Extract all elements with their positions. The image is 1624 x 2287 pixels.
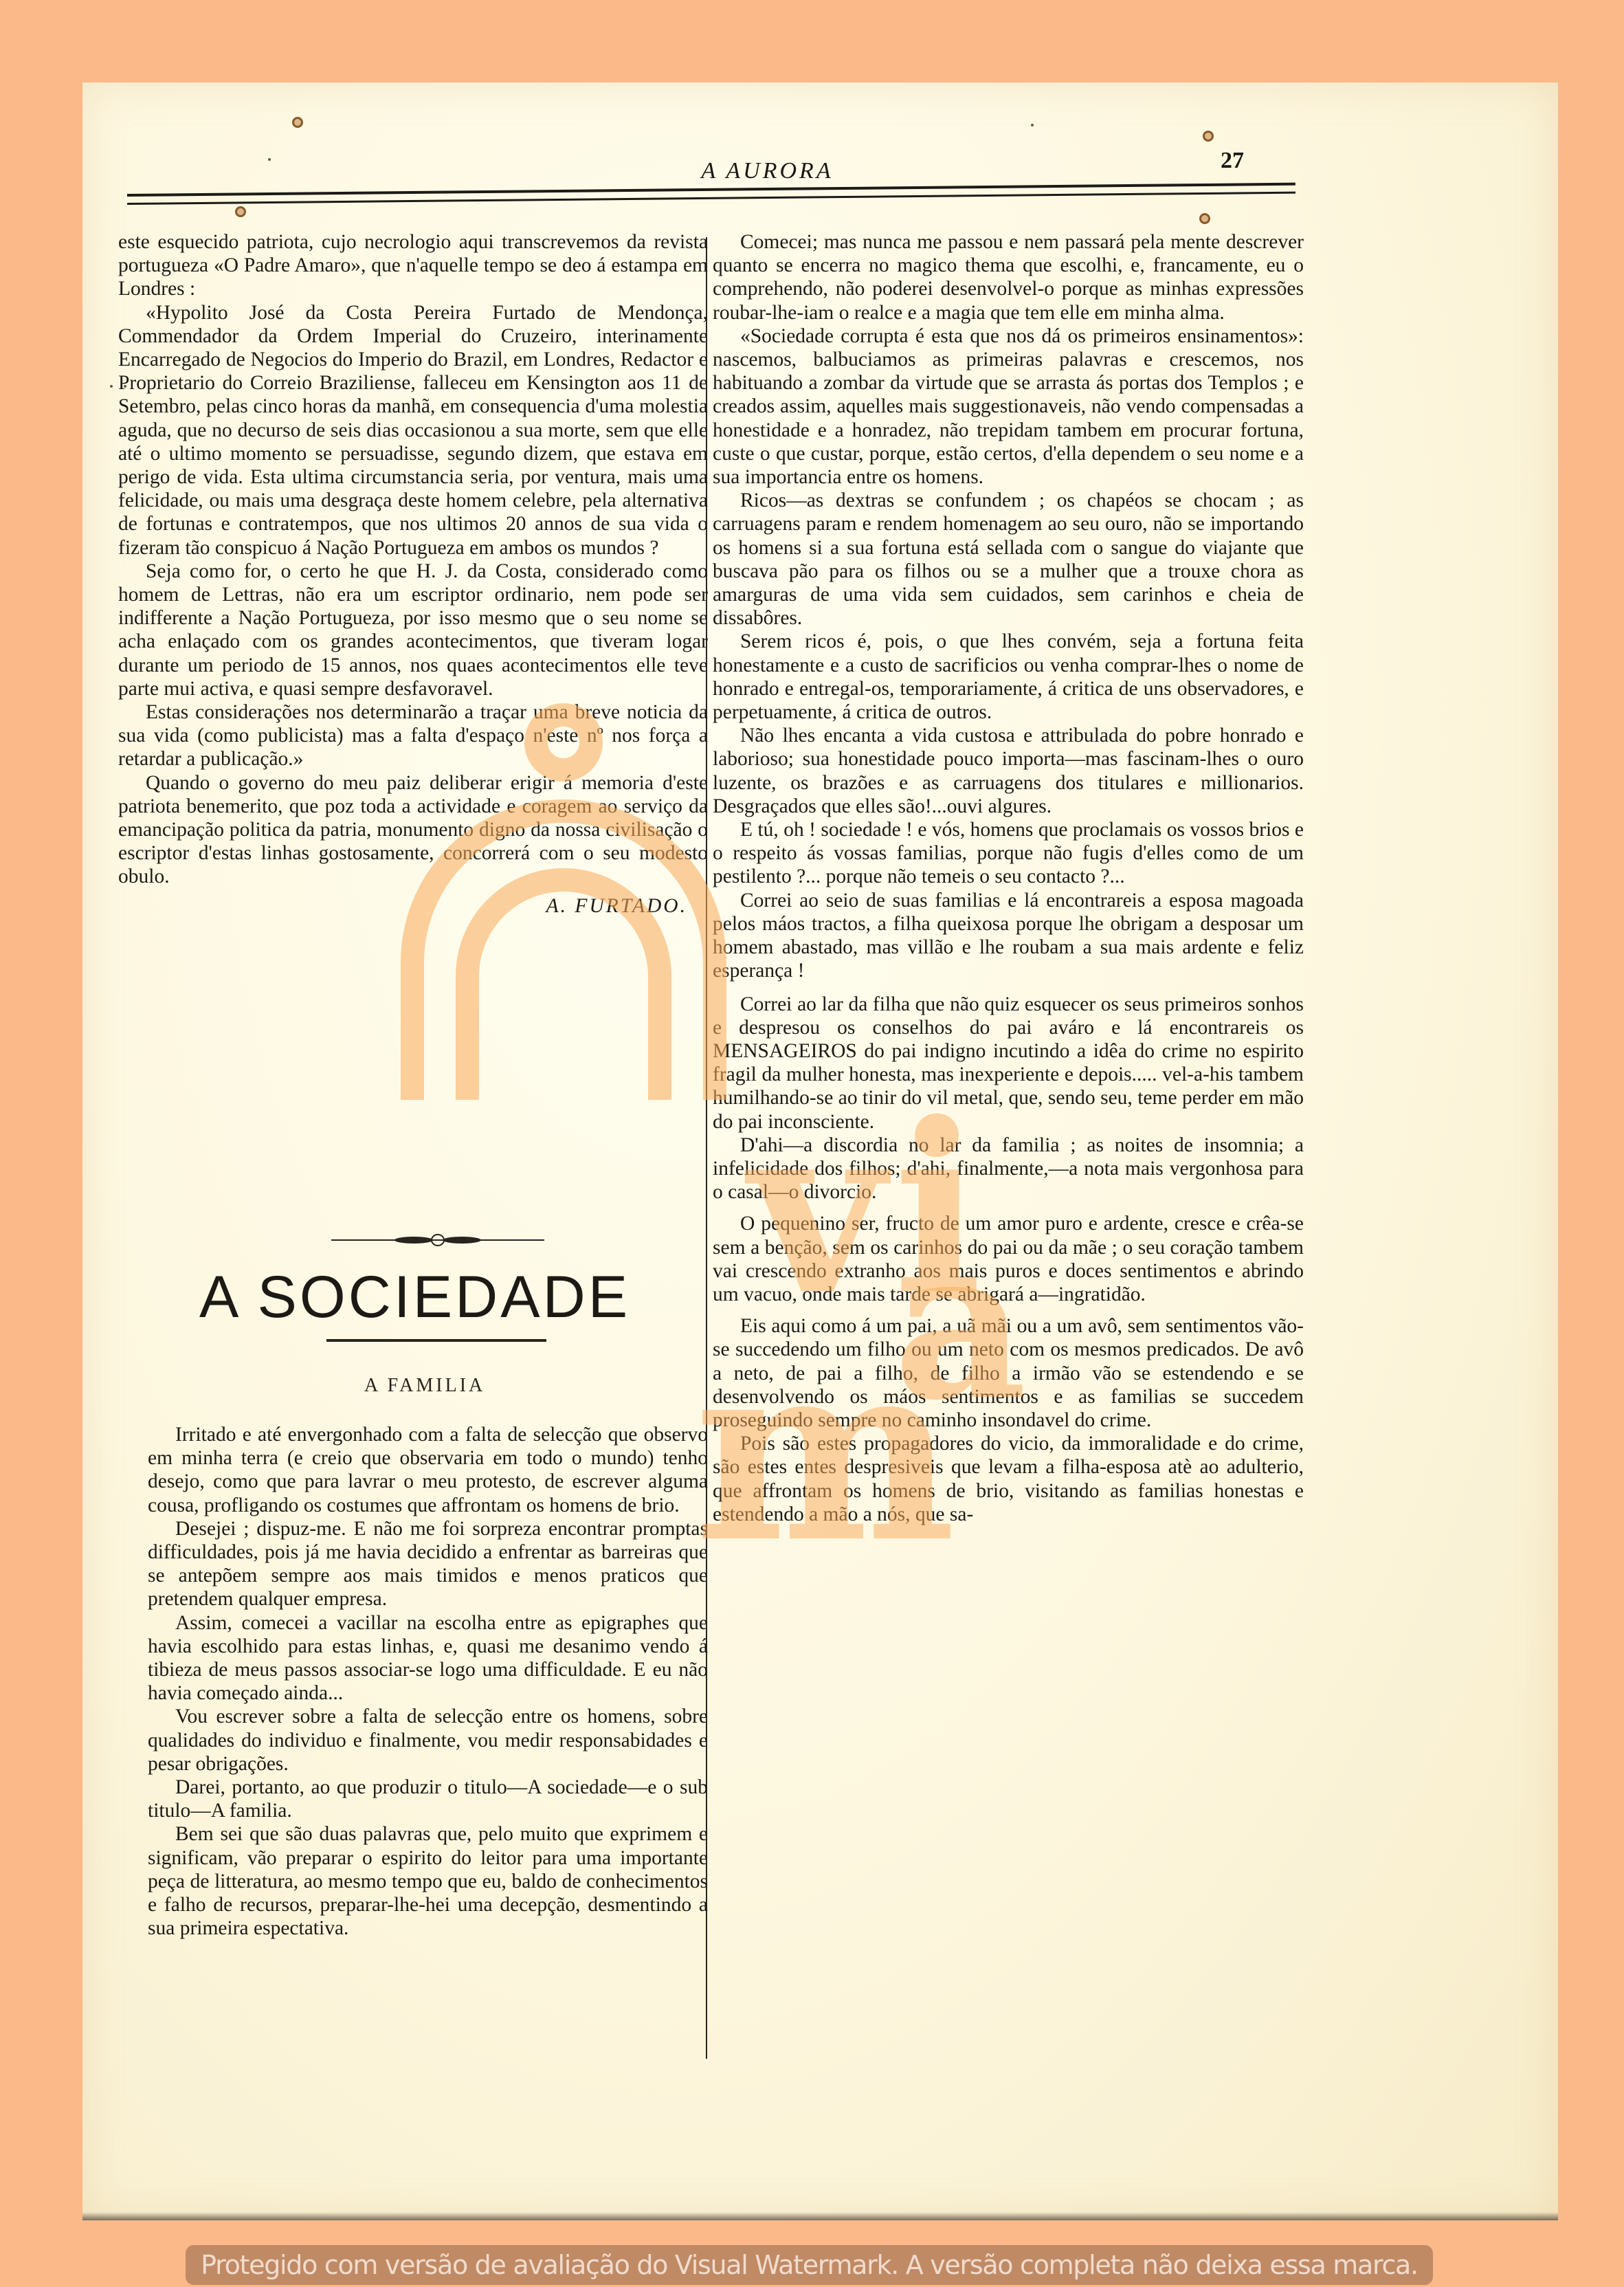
paragraph: Correi ao lar da filha que não quiz esqu… [713, 993, 1304, 1134]
paper-stain [292, 117, 303, 128]
paragraph: Seja como for, o certo he que H. J. da C… [118, 560, 708, 700]
paragraph: Irritado e até envergonhado com a falta … [148, 1423, 708, 1517]
article-title: A SOCIEDADE [199, 1263, 667, 1332]
paper-stain [235, 206, 246, 217]
title-underline [326, 1339, 546, 1342]
paragraph: Bem sei que são duas palavras que, pelo … [148, 1822, 708, 1940]
running-title-text: A AURORA [701, 158, 833, 184]
paragraph: E tú, oh ! sociedade ! e vós, homens que… [713, 818, 1304, 889]
paragraph: Assim, comecei a vacillar na escolha ent… [148, 1611, 708, 1705]
paragraph: Serem ricos é, pois, o que lhes convém, … [713, 630, 1304, 724]
running-title: A AURORA [0, 158, 1624, 184]
page-number: 27 [1221, 148, 1244, 174]
watermark-notice-bar: Protegido com versão de avaliação do Vis… [186, 2245, 1433, 2285]
paper-speck [110, 385, 113, 388]
paper-stain [1199, 213, 1210, 224]
ornament-divider-icon [331, 1233, 544, 1247]
paragraph: «Hypolito José da Costa Pereira Furtado … [118, 301, 708, 560]
paper-speck [1031, 124, 1034, 126]
article-left-column: Irritado e até envergonhado com a falta … [148, 1423, 708, 1940]
paragraph: Estas considerações nos determinarão a t… [118, 700, 708, 771]
paragraph: Ricos—as dextras se confundem ; os chapé… [713, 489, 1304, 630]
paragraph: Correi ao seio de suas familias e lá enc… [713, 889, 1304, 983]
article-subtitle: A FAMILIA [364, 1375, 485, 1397]
page-bottom-edge [82, 2212, 1558, 2220]
author-signature: A. FURTADO. [118, 894, 708, 918]
paragraph: D'ahi—a discordia no lar da familia ; as… [713, 1134, 1304, 1204]
paragraph: «Sociedade corrupta é esta que nos dá os… [713, 324, 1304, 489]
paragraph: Vou escrever sobre a falta de selecção e… [148, 1705, 708, 1776]
paper-stain [1203, 131, 1214, 142]
paragraph: Pois são estes propagadores do vicio, da… [713, 1432, 1304, 1526]
paragraph: Comecei; mas nunca me passou e nem passa… [713, 230, 1304, 324]
paragraph: Eis aqui como á um pai, a uã mãi ou a um… [713, 1314, 1304, 1432]
paragraph: O pequenino ser, fructo de um amor puro … [713, 1212, 1304, 1306]
paragraph: Desejei ; dispuz-me. E não me foi sorpre… [148, 1517, 708, 1611]
paragraph: este esquecido patriota, cujo necrologio… [118, 230, 708, 301]
left-column-top: este esquecido patriota, cujo necrologio… [118, 230, 708, 918]
paragraph: Darei, portanto, ao que produzir o titul… [148, 1776, 708, 1822]
paragraph: Não lhes encanta a vida custosa e attrib… [713, 724, 1304, 818]
article-right-column: Comecei; mas nunca me passou e nem passa… [713, 230, 1304, 1526]
paragraph: Quando o governo do meu paiz deliberar e… [118, 771, 708, 889]
